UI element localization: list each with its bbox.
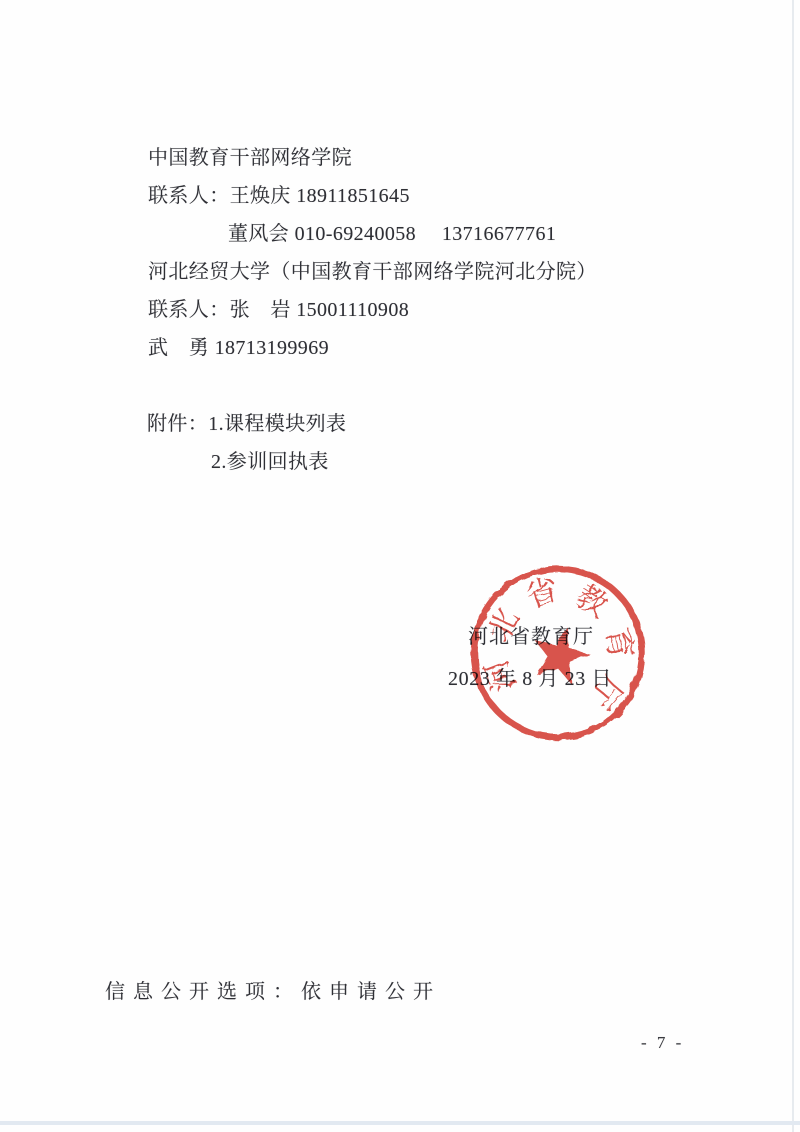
contact-org-line: 中国教育干部网络学院 [148,139,597,177]
disclosure-option-line: 信息公开选项：依申请公开 [105,975,441,1004]
official-seal-stamp: 河 北 省 教 育 厅 [428,523,688,783]
contact-info-block: 中国教育干部网络学院 联系人：王焕庆 18911851645 董风会 010-6… [148,139,597,367]
scan-edge-bottom [0,1121,800,1125]
contact-person-line: 联系人：张 岩 15001110908 [148,291,597,329]
contact-person-line: 联系人：王焕庆 18911851645 [148,177,597,215]
star-icon [526,620,594,686]
contact-person-line: 武 勇 18713199969 [148,329,597,367]
contact-org-line: 河北经贸大学（中国教育干部网络学院河北分院） [148,253,597,291]
page-number: - 7 - [641,1033,684,1053]
scan-edge-right [792,0,794,1132]
contact-person-line: 董风会 010-69240058 13716677761 [148,215,597,253]
seal-char: 省 [522,572,561,614]
attachment-item: 2.参训回执表 [147,443,346,481]
attachment-item: 附件：1.课程模块列表 [147,405,346,443]
document-page: 中国教育干部网络学院 联系人：王焕庆 18911851645 董风会 010-6… [0,0,800,1132]
seal-char: 育 [600,625,639,661]
attachments-block: 附件：1.课程模块列表 2.参训回执表 [147,405,346,481]
